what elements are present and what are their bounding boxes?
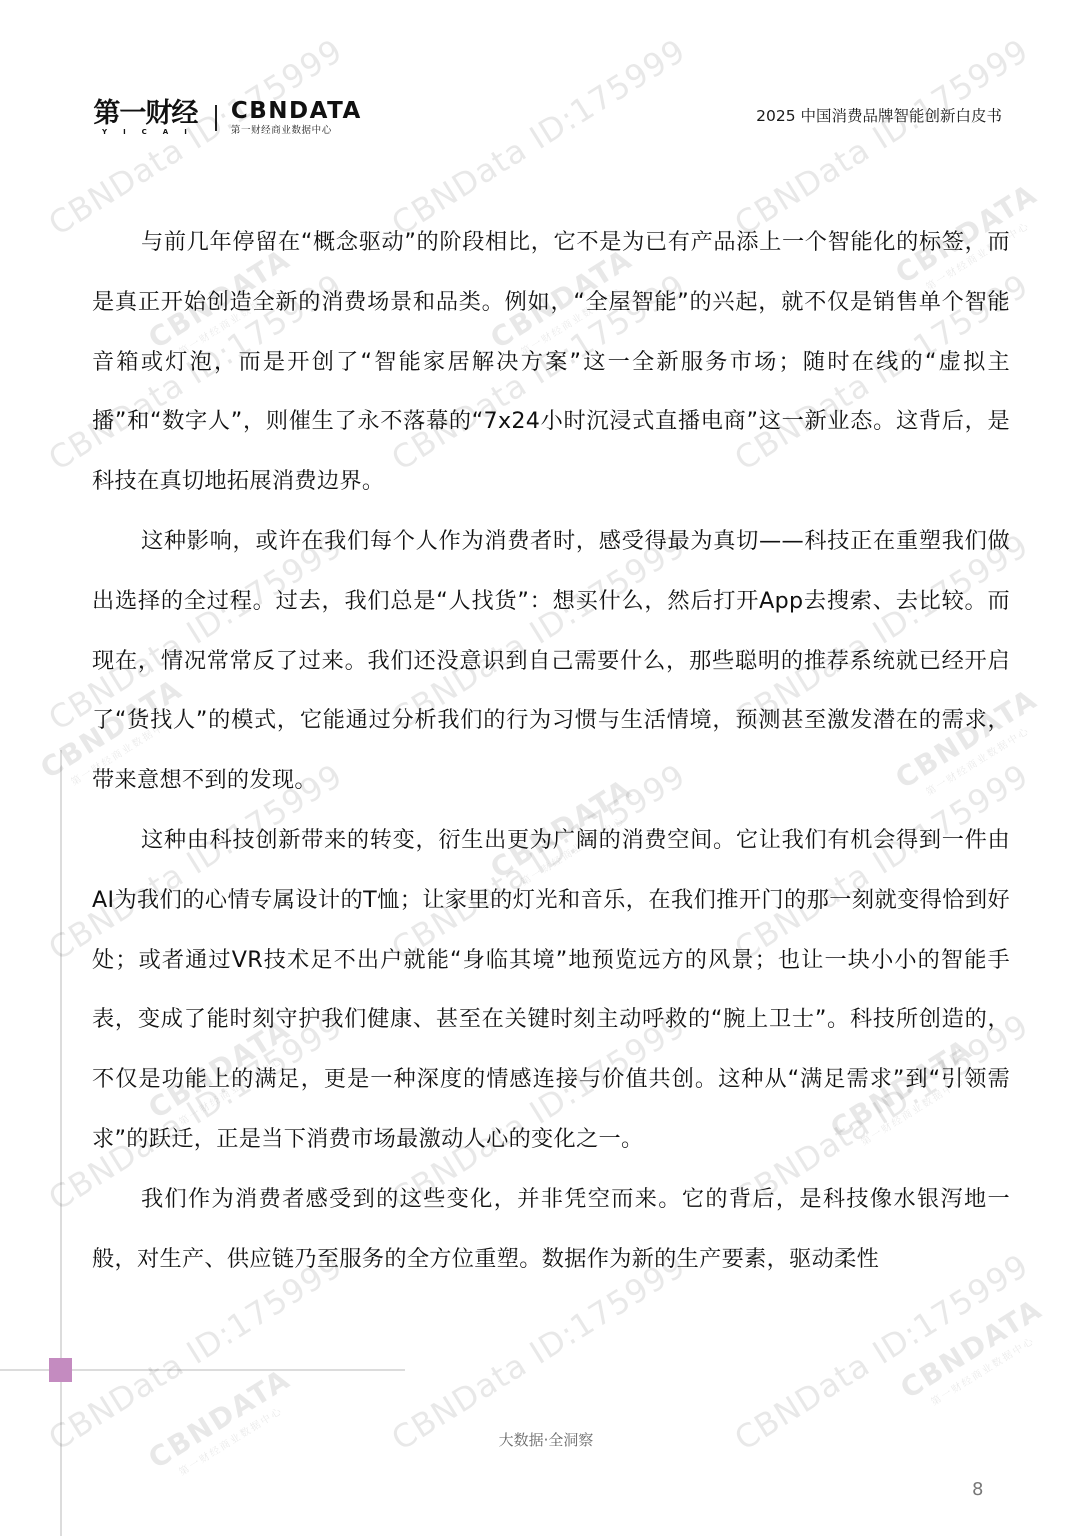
yicai-logo: 第一财经 YICAI xyxy=(88,100,203,136)
document-title: 2025 中国消费品牌智能创新白皮书 xyxy=(756,104,1002,126)
paragraph: 我们作为消费者感受到的这些变化，并非凭空而来。它的背后，是科技像水银泻地一般，对… xyxy=(92,1170,1010,1290)
footer-slogan: 大数据·全洞察 xyxy=(0,1429,1092,1450)
yicai-logo-en: YICAI xyxy=(102,128,203,136)
paragraph: 这种影响，或许在我们每个人作为消费者时，感受得最为真切——科技正在重塑我们做出选… xyxy=(92,512,1010,811)
watermark-id: CBNData ID:175999 xyxy=(728,31,1035,243)
watermark-id: CBNData ID:175999 xyxy=(385,31,692,243)
body-text: 与前几年停留在“概念驱动”的阶段相比，它不是为已有产品添上一个智能化的标签，而是… xyxy=(92,213,1010,1289)
cbndata-logo-sub: 第一财经商业数据中心 xyxy=(231,125,362,137)
header-logo: 第一财经 YICAI CBNDATA 第一财经商业数据中心 xyxy=(88,98,362,138)
yicai-logo-cn: 第一财经 xyxy=(93,100,197,128)
paragraph: 这种由科技创新带来的转变，衍生出更为广阔的消费空间。它让我们有机会得到一件由AI… xyxy=(92,811,1010,1170)
decor-vertical-line xyxy=(60,750,62,1536)
watermark-brand: CBNDATA第一财经商业数据中心 xyxy=(143,1362,305,1488)
cbndata-logo-en: CBNDATA xyxy=(231,99,362,123)
logo-divider xyxy=(215,105,217,131)
paragraph: 与前几年停留在“概念驱动”的阶段相比，它不是为已有产品添上一个智能化的标签，而是… xyxy=(92,213,1010,512)
decor-accent-square xyxy=(49,1358,72,1382)
watermark-brand: CBNDATA第一财经商业数据中心 xyxy=(895,1292,1057,1418)
cbndata-logo: CBNDATA 第一财经商业数据中心 xyxy=(231,99,362,137)
page-number: 8 xyxy=(972,1479,983,1500)
